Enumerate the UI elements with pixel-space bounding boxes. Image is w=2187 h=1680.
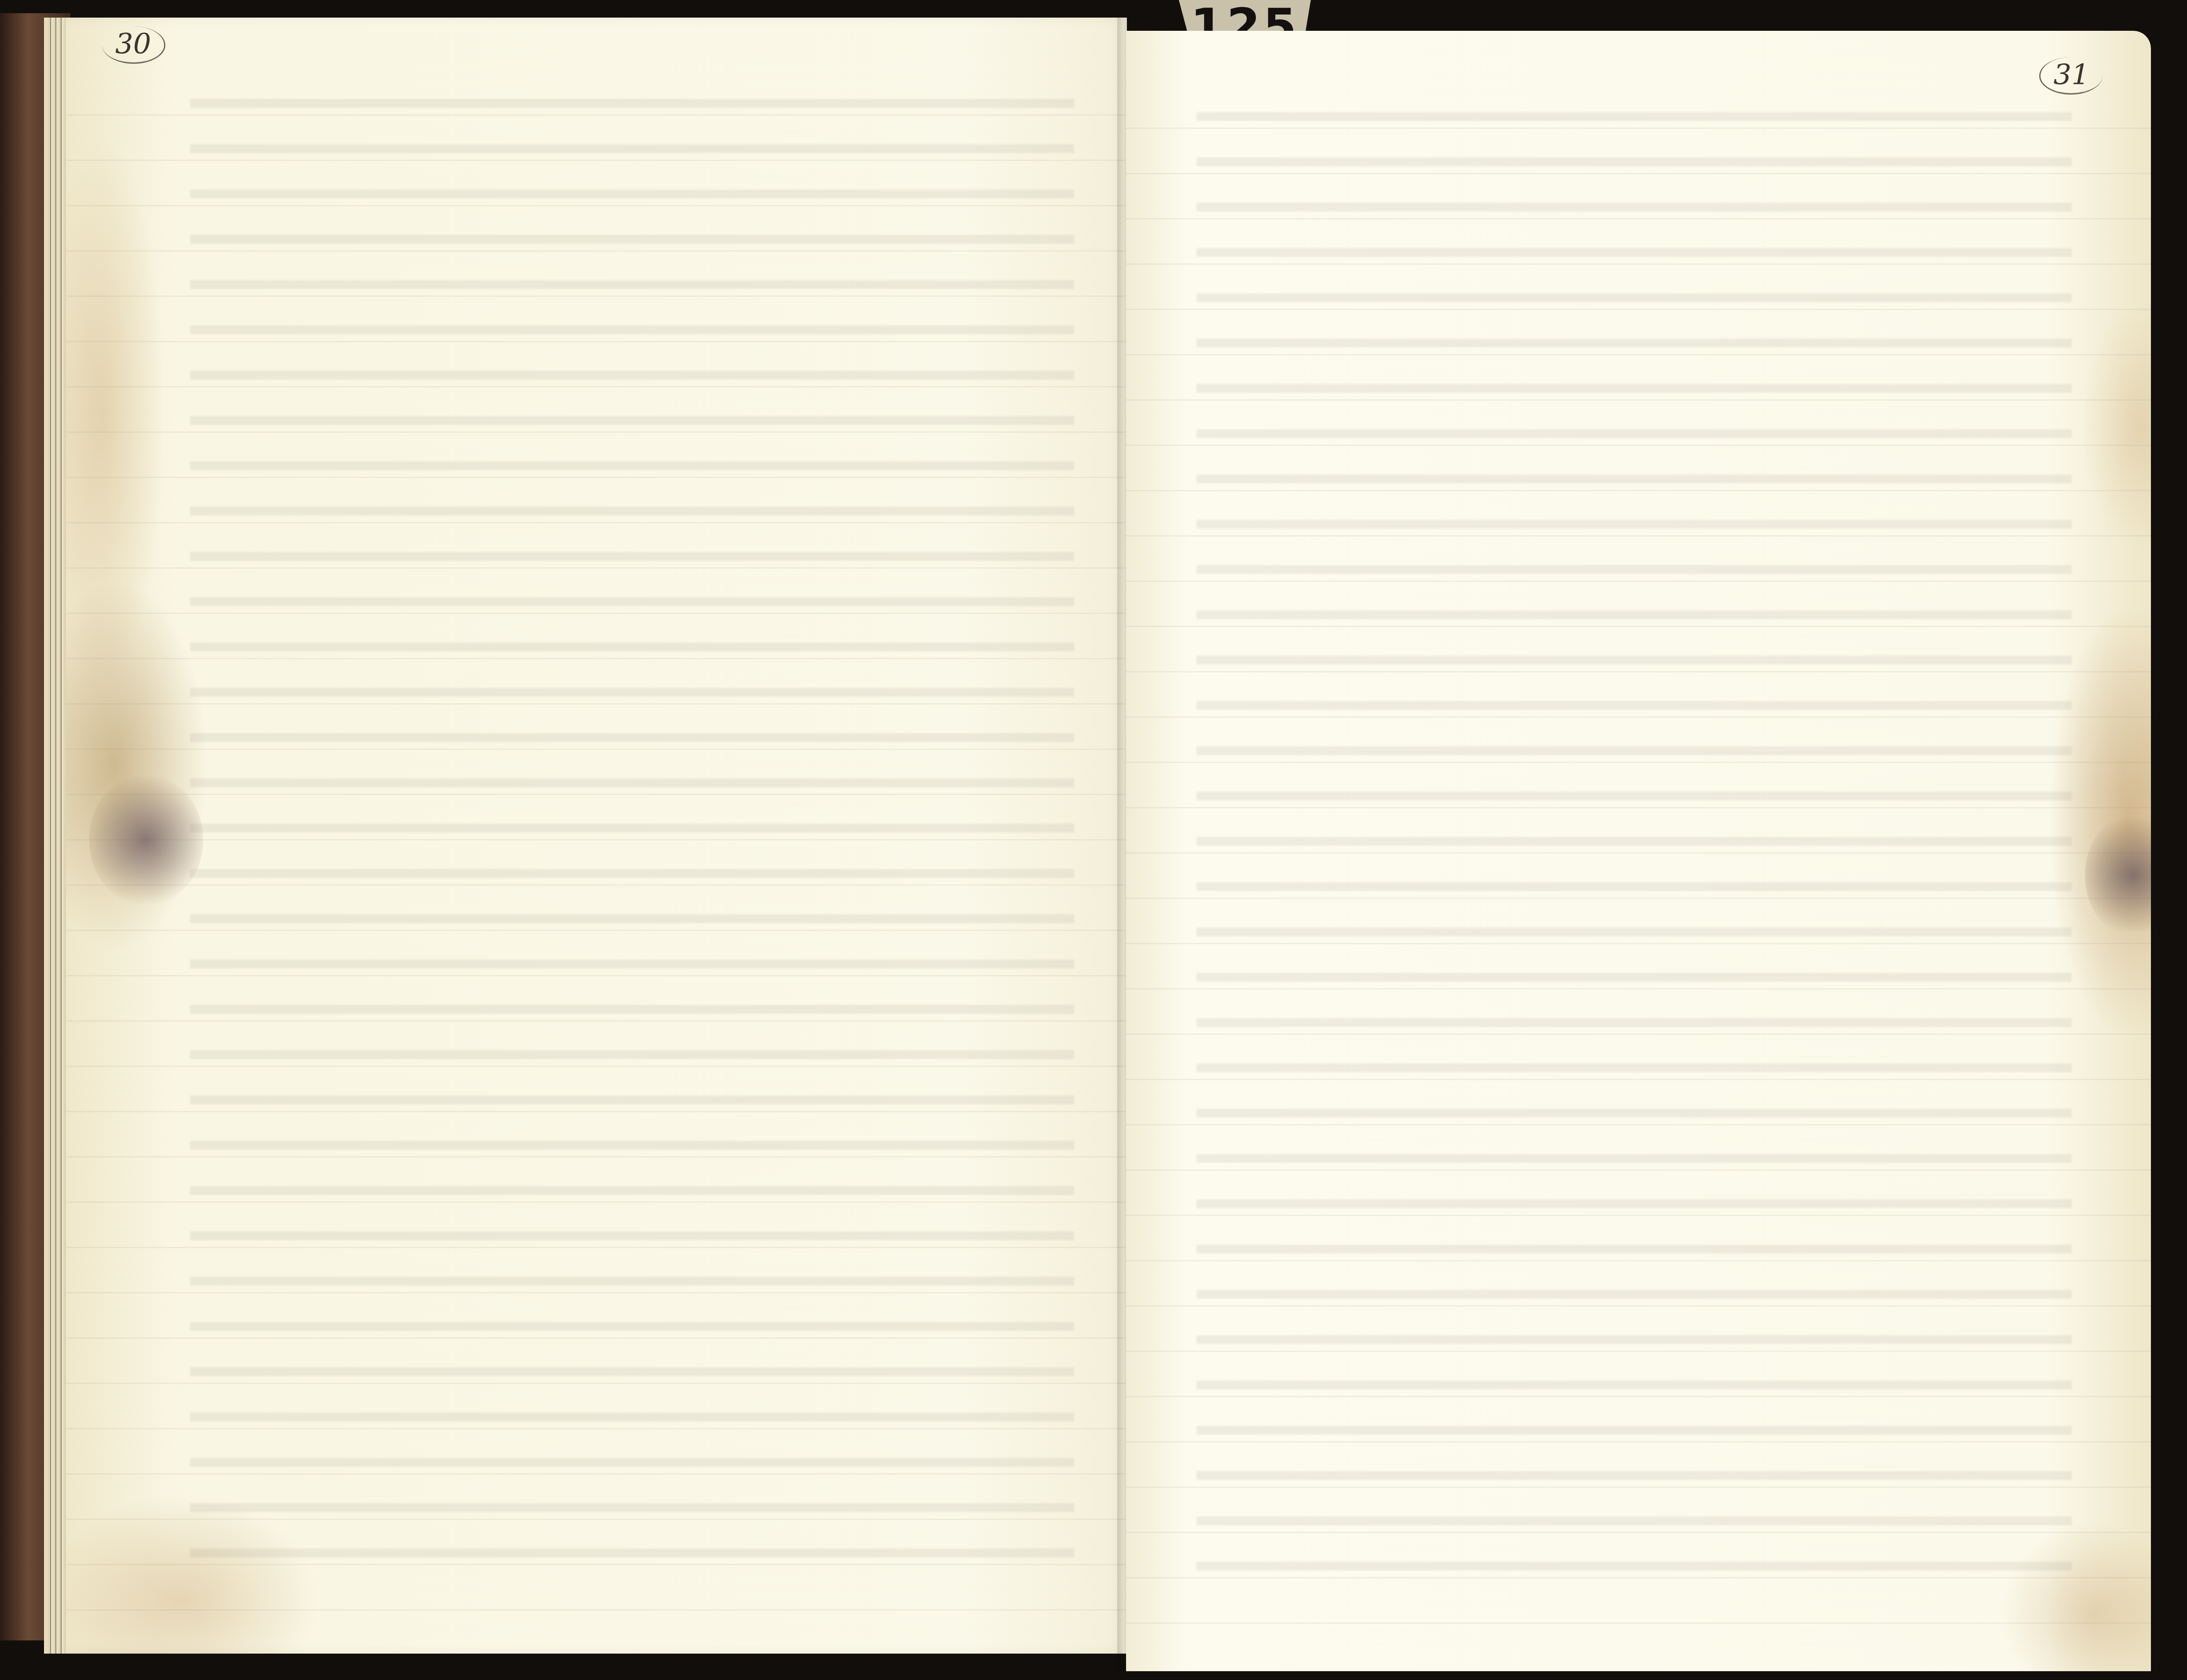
handwritten-text-faded <box>1196 88 2072 1583</box>
page-number-right: 31 <box>2039 57 2103 95</box>
page-number-left: 30 <box>102 26 165 64</box>
ink-stain <box>89 774 203 906</box>
handwritten-text-faded <box>190 75 1074 1566</box>
left-page: 30 <box>44 18 1127 1654</box>
right-page: 31 <box>1126 31 2151 1671</box>
page-edges <box>48 18 66 1654</box>
